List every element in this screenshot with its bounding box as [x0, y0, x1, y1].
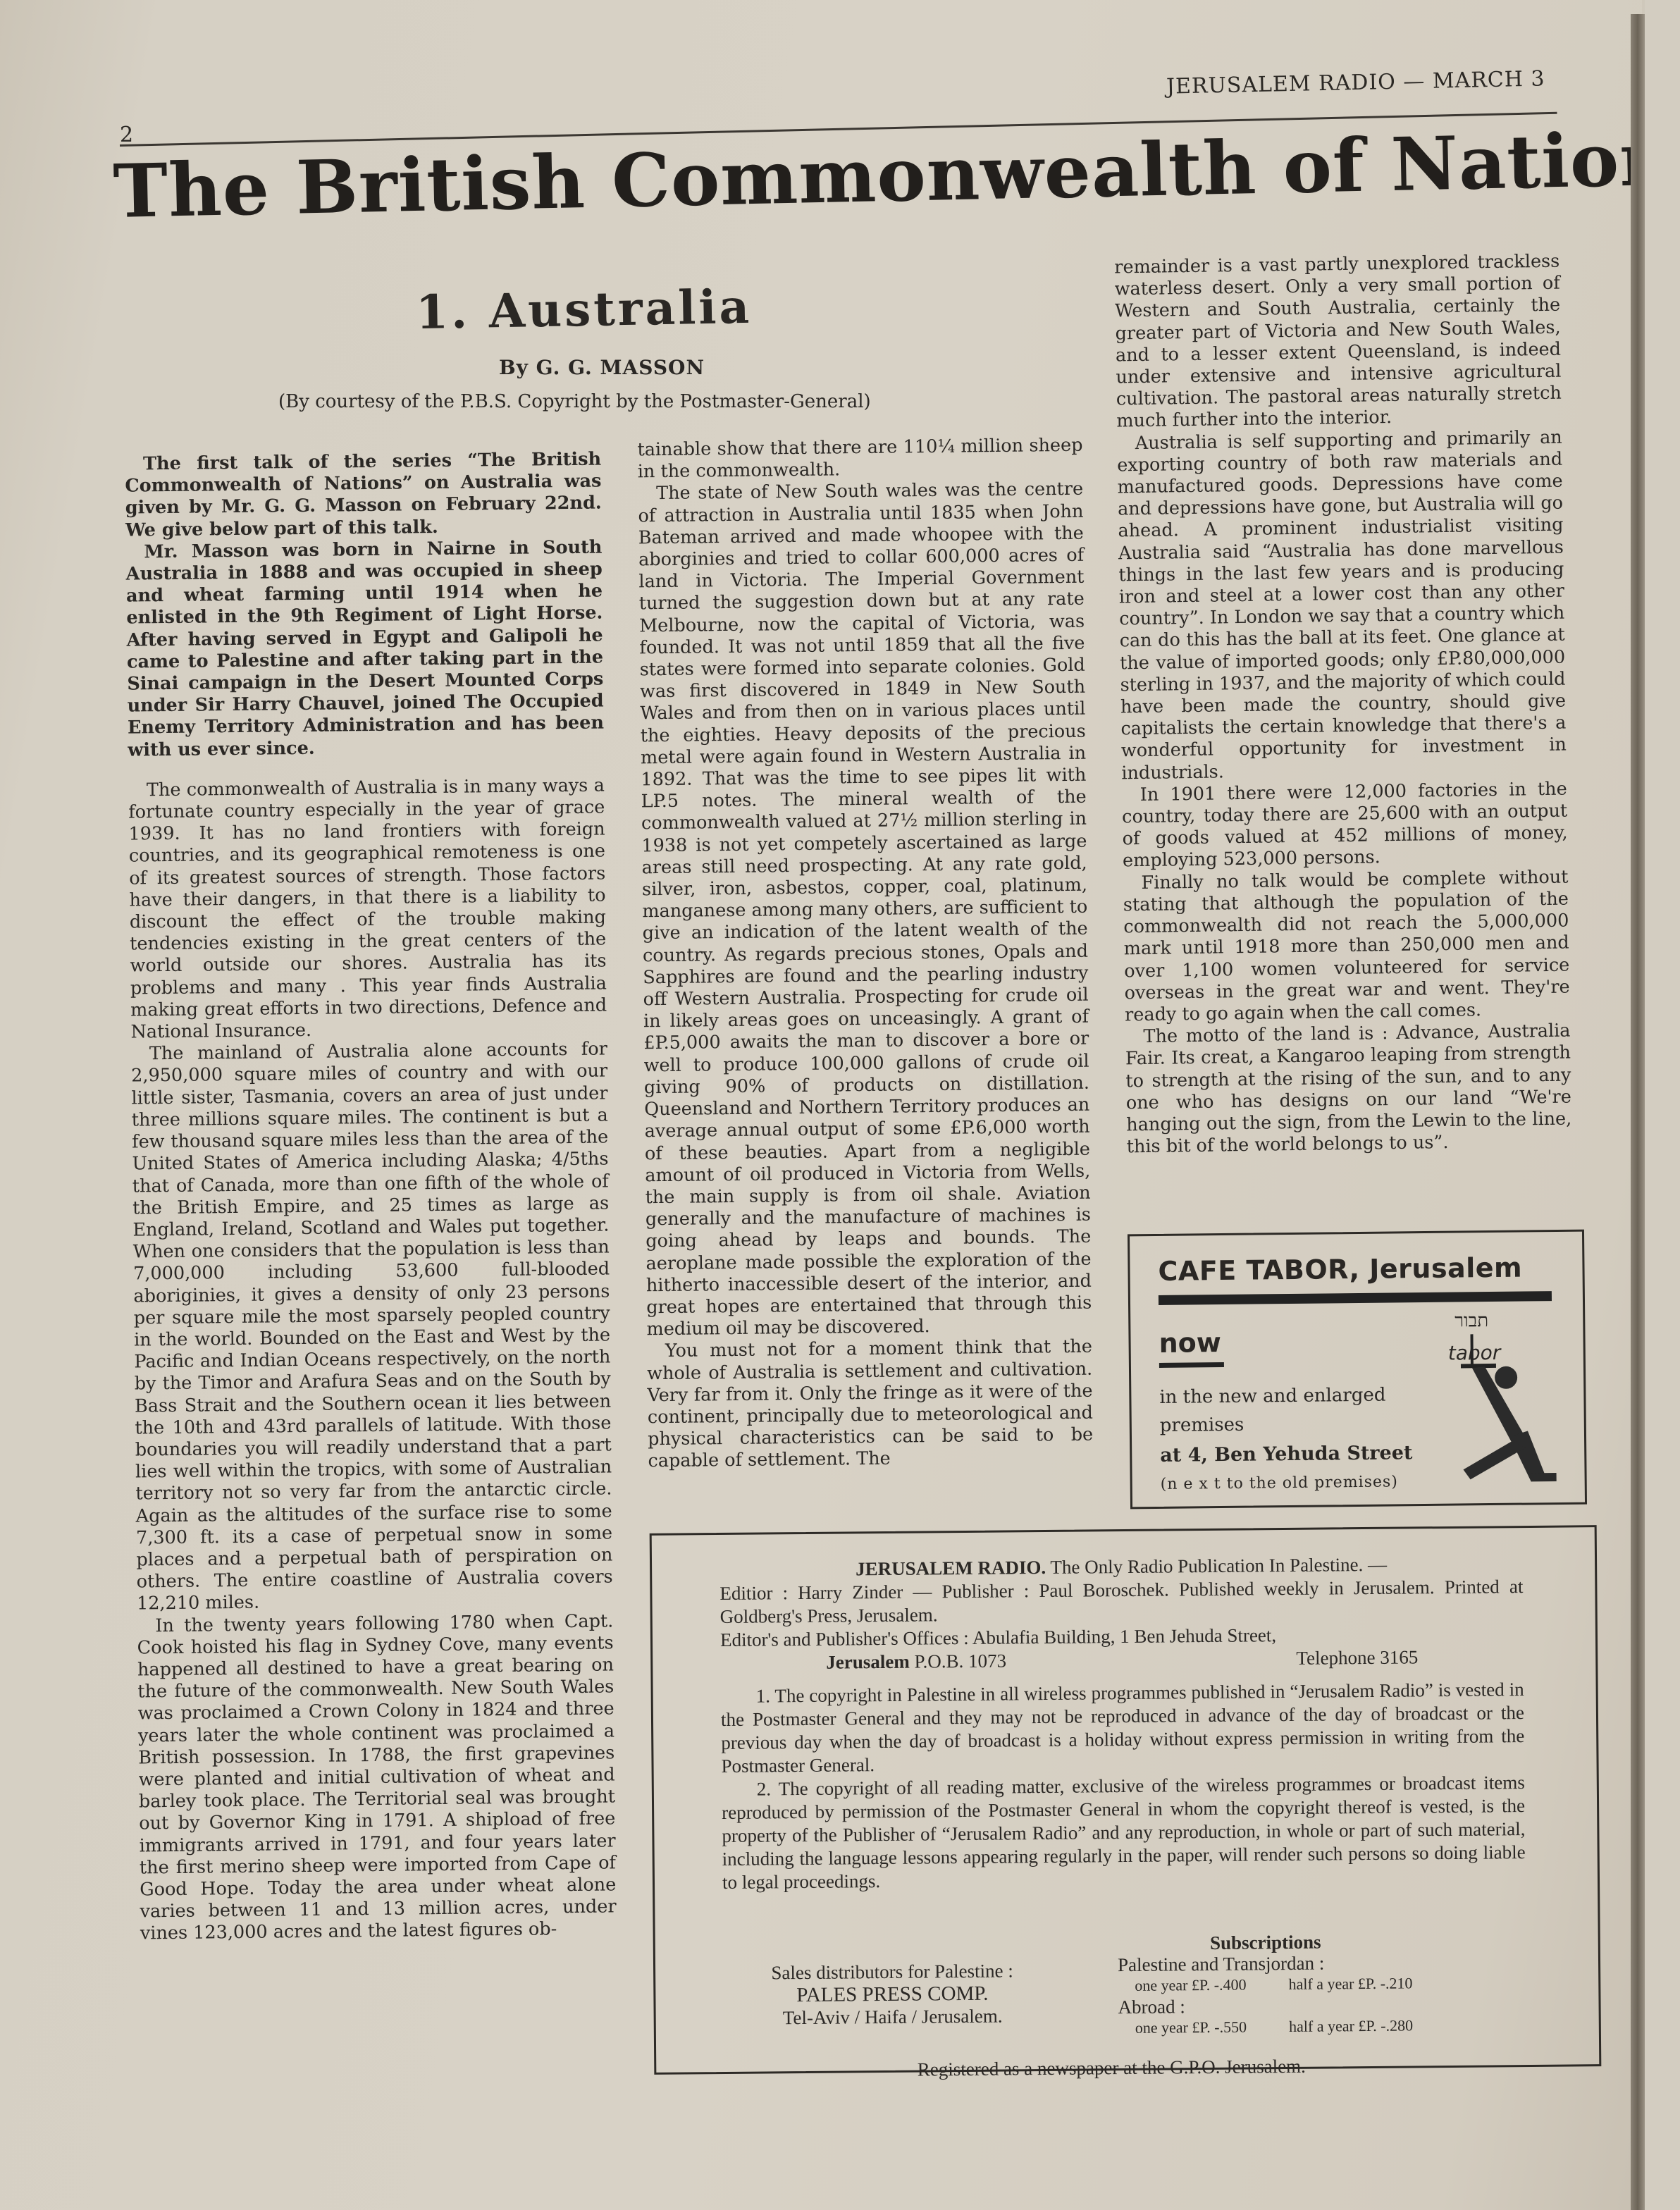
rate-year: one year £P. -.550 — [1135, 2018, 1247, 2037]
body-paragraph: The commonwealth of Australia is in many… — [128, 774, 607, 1043]
body-paragraph: The state of New South wales was the cen… — [638, 479, 1092, 1340]
cafe-tabor-advertisement: CAFE TABOR, Jerusalem now in the new and… — [1128, 1230, 1587, 1510]
article-subtitle: 1. Australia — [415, 279, 752, 340]
distributor-cities: Tel-Aviv / Haifa / Jerusalem. — [724, 2004, 1062, 2030]
body-paragraph: Finally no talk would be complete withou… — [1123, 866, 1570, 1026]
pob: Jerusalem P.O.B. 1073 — [826, 1649, 1006, 1674]
registration-note: Registered as a newspaper at the G.P.O. … — [724, 2054, 1499, 2082]
body-paragraph: You must not for a moment think that the… — [647, 1336, 1094, 1473]
adjacent-page-edge — [1645, 0, 1680, 2210]
editor-publisher-line: Editior : Harry Zinder — Publisher : Pau… — [719, 1575, 1524, 1629]
article-title: The British Commonwealth of Nations — [112, 118, 1565, 235]
article-column-2: tainable show that there are 110¼ millio… — [637, 435, 1093, 1473]
courtesy-note: (By courtesy of the P.B.S. Copyright by … — [278, 391, 871, 412]
telephone: Telephone 3165 — [1296, 1646, 1418, 1670]
body-paragraph: The motto of the land is : Advance, Aust… — [1125, 1020, 1572, 1159]
copyright-clause-1: 1. The copyright in Palestine in all wir… — [721, 1678, 1525, 1778]
body-paragraph: In the twenty years following 1780 when … — [137, 1610, 617, 1945]
body-paragraph: Australia is self supporting and primari… — [1117, 426, 1567, 784]
subscription-rates: one year £P. -.550half a year £P. -.280 — [1118, 2014, 1541, 2039]
intro-paragraph: The first talk of the series “The Britis… — [125, 449, 602, 542]
distributors: Sales distributors for Palestine : PALES… — [723, 1959, 1062, 2030]
pob-city: Jerusalem — [826, 1651, 910, 1673]
ad-now-underline — [1159, 1362, 1224, 1368]
body-paragraph: The mainland of Australia alone accounts… — [131, 1039, 613, 1615]
ad-line: in the new and enlarged — [1159, 1385, 1385, 1408]
binding-spine — [1631, 14, 1645, 2210]
ad-address: at 4, Ben Yehuda Street — [1160, 1442, 1412, 1467]
ad-title-underline — [1159, 1291, 1552, 1305]
distributors-label: Sales distributors for Palestine : — [723, 1959, 1061, 1984]
body-paragraph: tainable show that there are 110¼ millio… — [637, 435, 1083, 483]
rate-year: one year £P. -.400 — [1135, 1976, 1246, 1994]
copyright-clause-2: 2. The copyright of all reading matter, … — [722, 1771, 1526, 1894]
tabor-waiter-logo-icon: תבור tabor — [1440, 1309, 1562, 1487]
newspaper-page: JERUSALEM RADIO — MARCH 3 2 The British … — [0, 0, 1642, 2210]
waiter-figure-icon — [1440, 1309, 1562, 1487]
distributor-name: PALES PRESS COMP. — [723, 1982, 1061, 2007]
masthead-tagline: The Only Radio Publication In Palestine.… — [1046, 1554, 1387, 1578]
running-head: JERUSALEM RADIO — MARCH 3 — [1166, 66, 1545, 99]
article-column-3: remainder is a vast partly unexplored tr… — [1114, 251, 1572, 1159]
ad-title: CAFE TABOR, Jerusalem — [1158, 1252, 1522, 1287]
pob-number: P.O.B. 1073 — [910, 1650, 1007, 1672]
ad-line: premises — [1160, 1414, 1244, 1436]
body-paragraph: remainder is a vast partly unexplored tr… — [1114, 251, 1562, 433]
ad-note: (n e x t to the old premises) — [1161, 1473, 1398, 1493]
article-column-1: The first talk of the series “The Britis… — [125, 449, 617, 1946]
distribution-and-subscriptions: Sales distributors for Palestine : PALES… — [723, 1930, 1541, 2049]
imprint-box: JERUSALEM RADIO. The Only Radio Publicat… — [650, 1525, 1602, 2075]
rate-half-year: half a year £P. -.280 — [1289, 2016, 1413, 2035]
masthead-name: JERUSALEM RADIO. — [856, 1557, 1046, 1579]
subscriptions: Subscriptions Palestine and Transjordan … — [1118, 1930, 1541, 2039]
ad-now: now — [1159, 1327, 1221, 1359]
body-paragraph: In 1901 there were 12,000 factories in t… — [1122, 778, 1569, 872]
byline: By G. G. MASSON — [499, 356, 705, 379]
rate-half-year: half a year £P. -.210 — [1288, 1974, 1412, 1993]
intro-paragraph: Mr. Masson was born in Nairne in South A… — [125, 536, 604, 761]
